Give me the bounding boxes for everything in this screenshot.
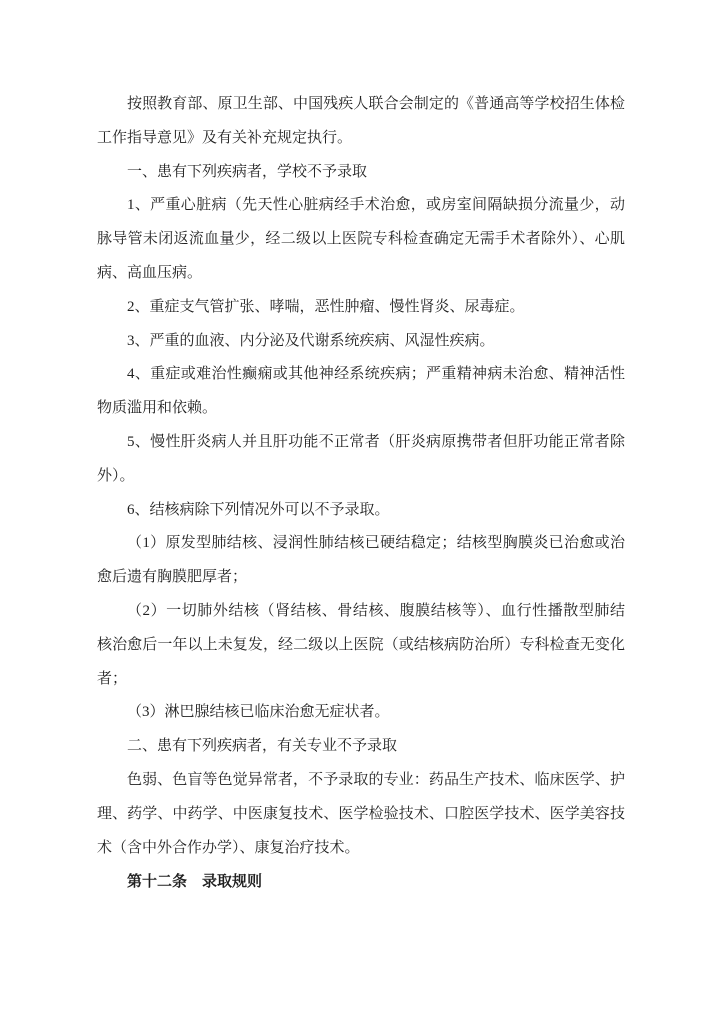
text-line: 脉导管未闭返流血量少，经二级以上医院专科检查确定无需手术者除外）、心肌 (97, 223, 625, 257)
document-page: 按照教育部、原卫生部、中国残疾人联合会制定的《普通高等学校招生体检工作指导意见》… (0, 0, 719, 1018)
text-line: （1）原发型肺结核、浸润性肺结核已硬结稳定；结核型胸膜炎已治愈或治 (97, 527, 625, 561)
section-heading: 第十二条 录取规则 (97, 865, 625, 899)
text-line: 5、慢性肝炎病人并且肝功能不正常者（肝炎病原携带者但肝功能正常者除 (97, 426, 625, 460)
paragraph-list-item: 6、结核病除下列情况外可以不予录取。 (97, 494, 625, 528)
text-line: 色弱、色盲等色觉异常者，不予录取的专业：药品生产技术、临床医学、护 (97, 764, 625, 798)
paragraph-list-item: 4、重症或难治性癫痫或其他神经系统疾病；严重精神病未治愈、精神活性物质滥用和依赖… (97, 358, 625, 426)
text-line: 按照教育部、原卫生部、中国残疾人联合会制定的《普通高等学校招生体检 (97, 88, 625, 122)
text-line: 核治愈后一年以上未复发，经二级以上医院（或结核病防治所）专科检查无变化 (97, 629, 625, 663)
text-line: 2、重症支气管扩张、哮喘，恶性肿瘤、慢性肾炎、尿毒症。 (97, 291, 625, 325)
paragraph-list-item: 2、重症支气管扩张、哮喘，恶性肿瘤、慢性肾炎、尿毒症。 (97, 291, 625, 325)
paragraph-list-header: 二、患有下列疾病者，有关专业不予录取 (97, 730, 625, 764)
text-line: （3）淋巴腺结核已临床治愈无症状者。 (97, 696, 625, 730)
text-line: 工作指导意见》及有关补充规定执行。 (97, 122, 625, 156)
text-line: 物质滥用和依赖。 (97, 392, 625, 426)
text-line: 理、药学、中药学、中医康复技术、医学检验技术、口腔医学技术、医学美容技 (97, 798, 625, 832)
text-line: 病、高血压病。 (97, 257, 625, 291)
paragraph-list-item: 3、严重的血液、内分泌及代谢系统疾病、风湿性疾病。 (97, 325, 625, 359)
text-line: 外）。 (97, 460, 625, 494)
text-line: 4、重症或难治性癫痫或其他神经系统疾病；严重精神病未治愈、精神活性 (97, 358, 625, 392)
text-line: 二、患有下列疾病者，有关专业不予录取 (97, 730, 625, 764)
text-line: 1、严重心脏病（先天性心脏病经手术治愈，或房室间隔缺损分流量少，动 (97, 189, 625, 223)
paragraph-body: 按照教育部、原卫生部、中国残疾人联合会制定的《普通高等学校招生体检工作指导意见》… (97, 88, 625, 156)
paragraph-list-header: 一、患有下列疾病者，学校不予录取 (97, 156, 625, 190)
paragraph-body: 色弱、色盲等色觉异常者，不予录取的专业：药品生产技术、临床医学、护理、药学、中药… (97, 764, 625, 865)
text-line: 一、患有下列疾病者，学校不予录取 (97, 156, 625, 190)
text-line: 愈后遗有胸膜肥厚者； (97, 561, 625, 595)
document-body: 按照教育部、原卫生部、中国残疾人联合会制定的《普通高等学校招生体检工作指导意见》… (97, 88, 625, 899)
paragraph-sub-item: （3）淋巴腺结核已临床治愈无症状者。 (97, 696, 625, 730)
text-line: 3、严重的血液、内分泌及代谢系统疾病、风湿性疾病。 (97, 325, 625, 359)
text-line: 第十二条 录取规则 (97, 865, 625, 899)
paragraph-list-item: 5、慢性肝炎病人并且肝功能不正常者（肝炎病原携带者但肝功能正常者除外）。 (97, 426, 625, 494)
paragraph-sub-item: （2）一切肺外结核（肾结核、骨结核、腹膜结核等）、血行性播散型肺结核治愈后一年以… (97, 595, 625, 696)
text-line: 6、结核病除下列情况外可以不予录取。 (97, 494, 625, 528)
paragraph-list-item: 1、严重心脏病（先天性心脏病经手术治愈，或房室间隔缺损分流量少，动脉导管未闭返流… (97, 189, 625, 290)
text-line: 者； (97, 663, 625, 697)
text-line: 术（含中外合作办学）、康复治疗技术。 (97, 832, 625, 866)
text-line: （2）一切肺外结核（肾结核、骨结核、腹膜结核等）、血行性播散型肺结 (97, 595, 625, 629)
paragraph-sub-item: （1）原发型肺结核、浸润性肺结核已硬结稳定；结核型胸膜炎已治愈或治愈后遗有胸膜肥… (97, 527, 625, 595)
